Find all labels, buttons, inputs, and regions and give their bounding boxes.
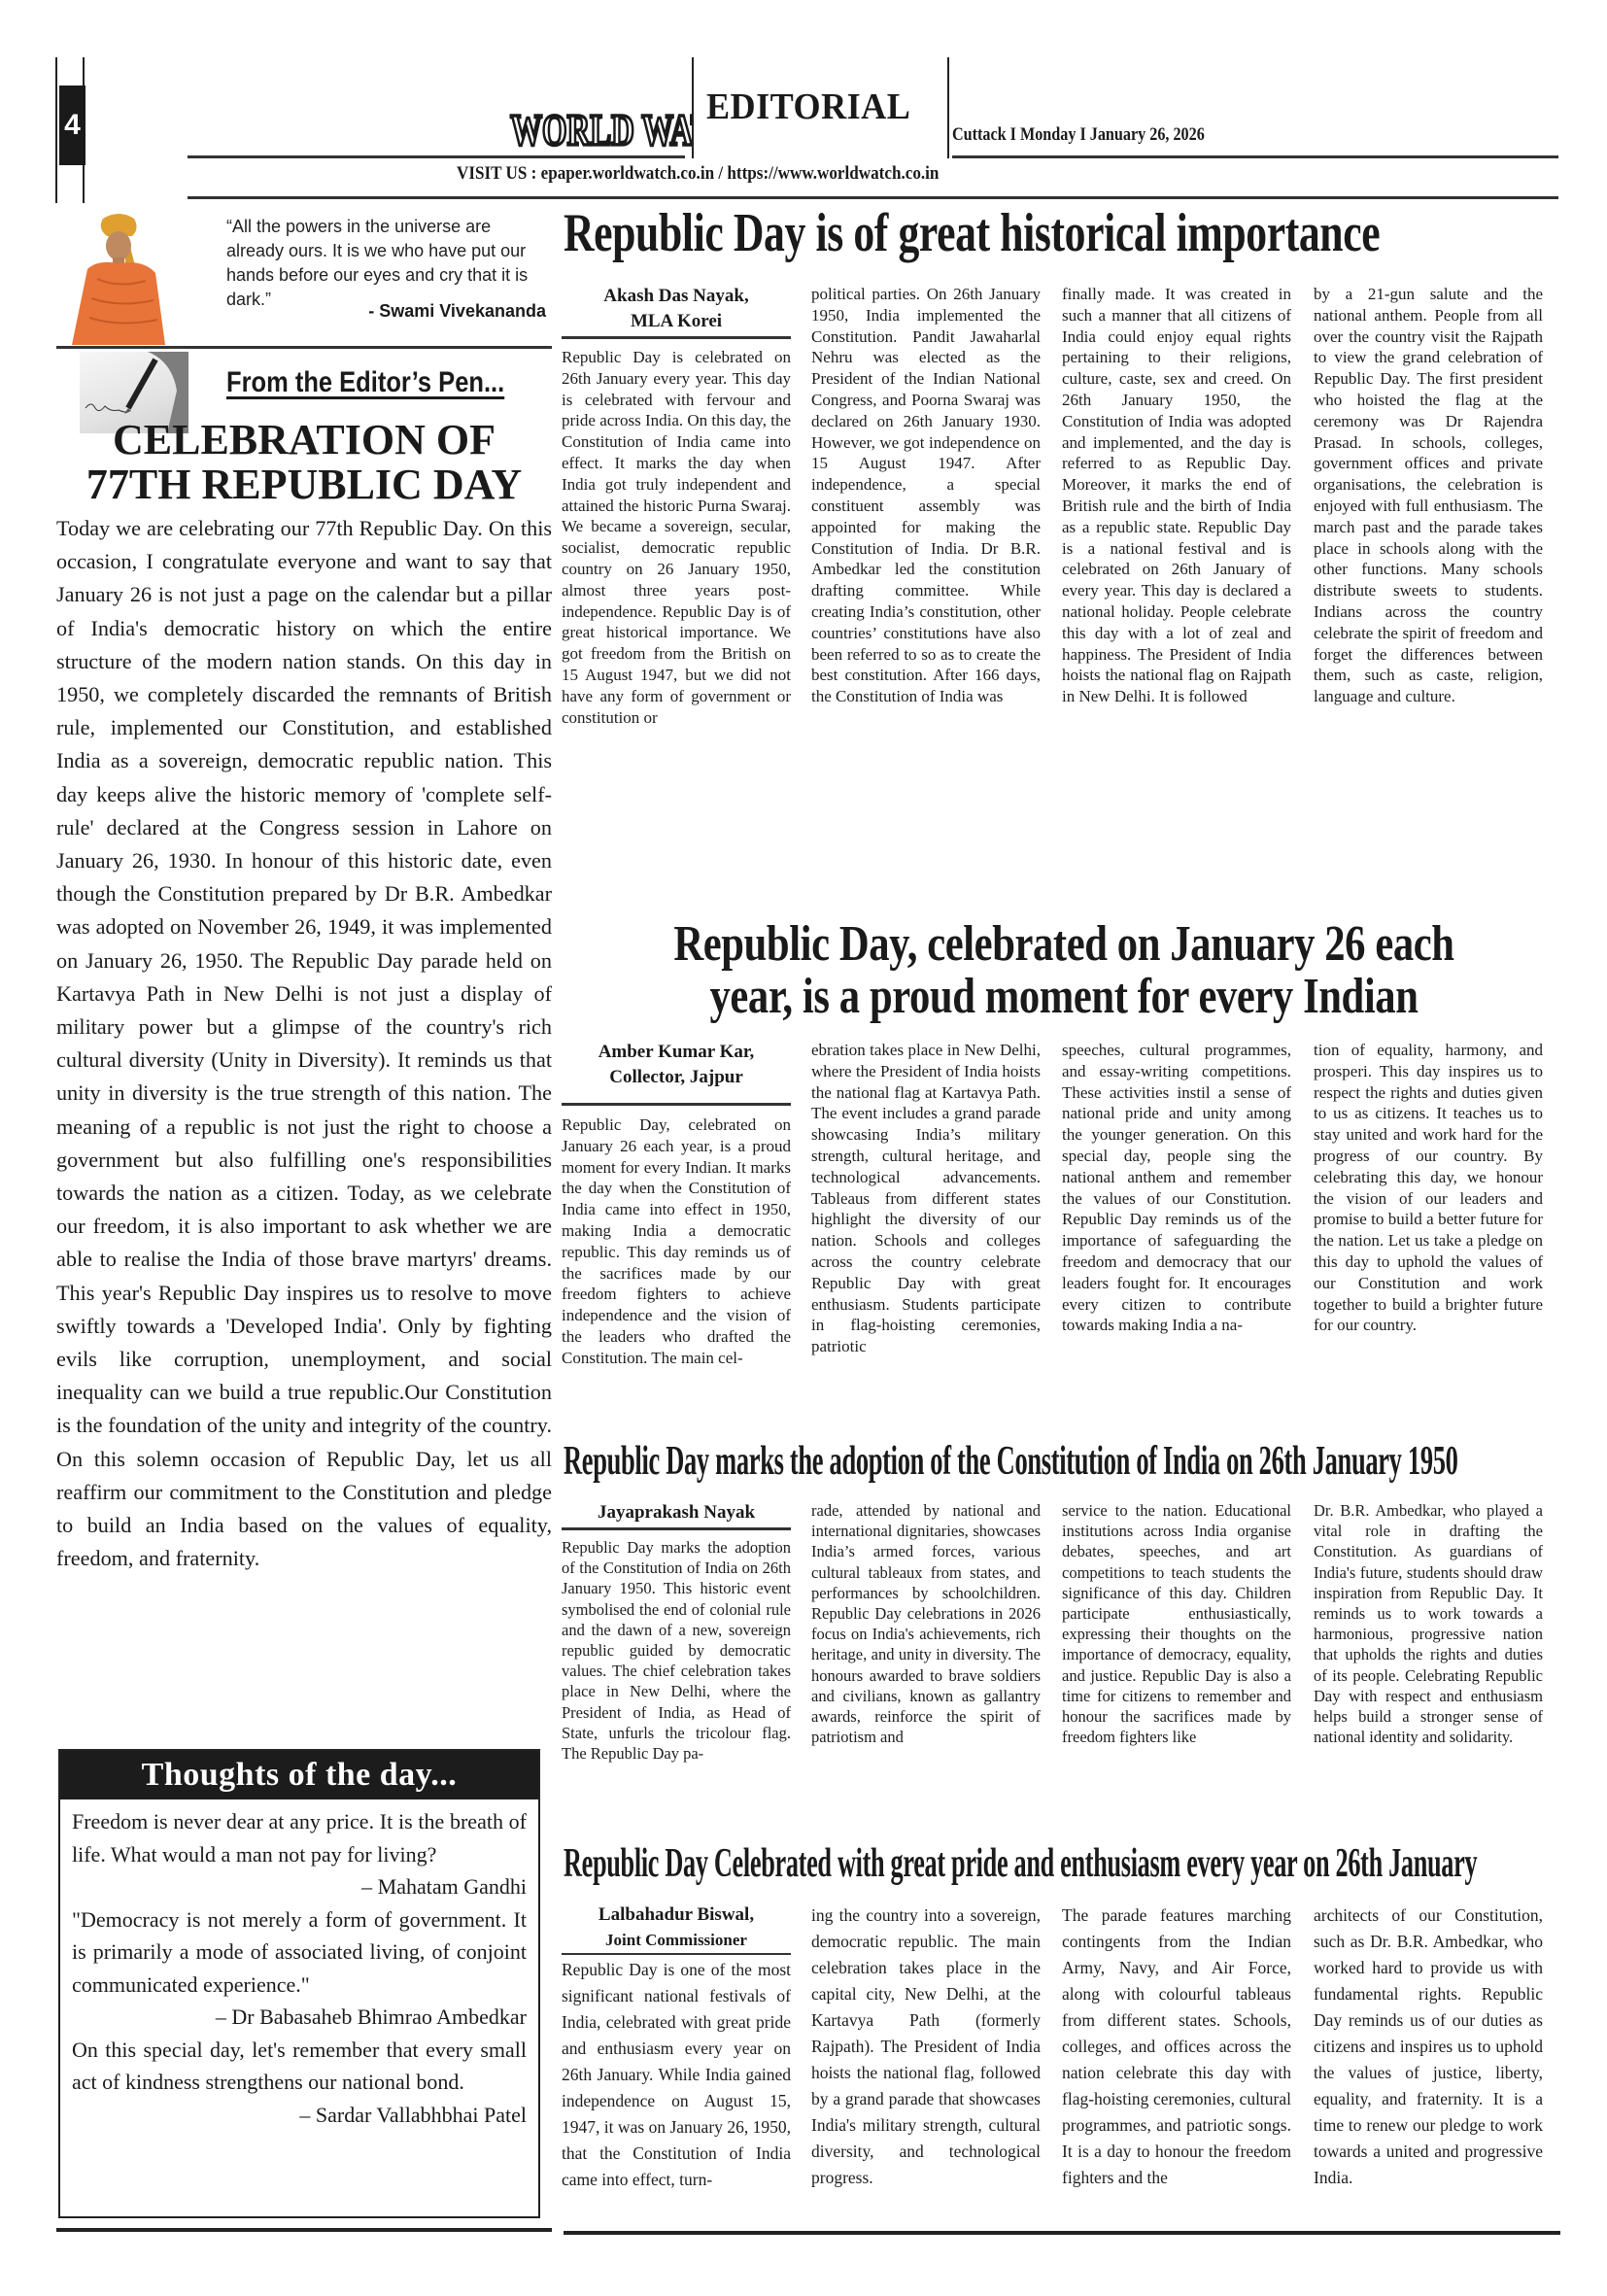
- world-watch-logo: WORLD WATCH: [507, 85, 692, 154]
- article-headline[interactable]: Republic Day marks the adoption of the C…: [564, 1438, 1458, 1485]
- masthead-rule-left: [188, 155, 685, 158]
- thought-quote: Freedom is never dear at any price. It i…: [72, 1805, 527, 1870]
- article-column: Republic Day marks the adoption of the C…: [562, 1537, 791, 1764]
- byline-name: Jayaprakash Nayak: [562, 1500, 791, 1525]
- article-column: speeches, cultural programmes, and essay…: [1062, 1040, 1291, 1336]
- article-headline[interactable]: Republic Day, celebrated on January 26 e…: [564, 918, 1564, 1023]
- article-column: Republic Day is celebrated on 26th Janua…: [562, 347, 791, 728]
- article-column: ing the country into a sovereign, democr…: [811, 1902, 1041, 2191]
- quote-of-day: “All the powers in the universe are alre…: [56, 199, 542, 337]
- article-byline: Jayaprakash Nayak: [562, 1500, 791, 1525]
- headline-text: Republic Day, celebrated on January 26 e…: [654, 918, 1475, 1023]
- logo-wordmark-icon: WORLD WATCH: [507, 85, 692, 154]
- article-column: Republic Day is one of the most signific…: [562, 1957, 791, 2193]
- visit-us-links[interactable]: VISIT US : epaper.worldwatch.co.in / htt…: [457, 163, 939, 185]
- thought-author: – Dr Babasaheb Bhimrao Ambedkar: [72, 2001, 527, 2034]
- article-headline[interactable]: Republic Day is of great historical impo…: [564, 202, 1380, 264]
- editor-pen-label: From the Editor’s Pen...: [226, 366, 504, 399]
- editorial-title-line-2: 77TH REPUBLIC DAY: [56, 463, 552, 507]
- article-column: by a 21-gun salute and the national anth…: [1314, 284, 1543, 707]
- logo-divider: [692, 57, 694, 158]
- article-column: Republic Day, celebrated on January 26 e…: [562, 1114, 791, 1369]
- section-title: EDITORIAL: [706, 86, 910, 128]
- article-column: ebration takes place in New Delhi, where…: [811, 1040, 1041, 1357]
- page-number: 4: [59, 86, 85, 165]
- editorial-title-line-1: CELEBRATION OF: [56, 418, 552, 463]
- article-column: tion of equality, harmony, and prosperi.…: [1314, 1040, 1543, 1336]
- article-byline: Akash Das Nayak, MLA Korei: [562, 284, 791, 334]
- article-column: architects of our Constitution, such as …: [1314, 1902, 1543, 2191]
- byline-rule: [562, 336, 791, 339]
- thoughts-of-the-day: Thoughts of the day... Freedom is never …: [58, 1749, 540, 2218]
- left-bottom-rule: [56, 2228, 552, 2232]
- article-headline[interactable]: Republic Day Celebrated with great pride…: [564, 1840, 1477, 1887]
- article-column: service to the nation. Educational insti…: [1062, 1500, 1291, 1747]
- byline-name: Lalbahadur Biswal,: [562, 1902, 791, 1928]
- article-byline: Lalbahadur Biswal, Joint Commissioner: [562, 1902, 791, 1953]
- byline-rule: [562, 1103, 791, 1106]
- quote-text: “All the powers in the universe are alre…: [226, 215, 547, 312]
- quote-author: - Swami Vivekananda: [368, 301, 546, 322]
- editorial-title: CELEBRATION OF 77TH REPUBLIC DAY: [56, 418, 552, 507]
- swami-vivekananda-portrait: [68, 211, 171, 345]
- article-column: The parade features marching contingents…: [1062, 1902, 1291, 2191]
- section-divider: [947, 57, 949, 158]
- right-bottom-rule: [564, 2231, 1560, 2235]
- byline-role: MLA Korei: [562, 309, 791, 334]
- quote-rule: [56, 346, 552, 349]
- thought-quote: "Democracy is not merely a form of gover…: [72, 1903, 527, 2002]
- logo-text: WORLD WATCH: [510, 105, 692, 154]
- byline-rule: [562, 1953, 791, 1955]
- left-column: “All the powers in the universe are alre…: [56, 199, 542, 337]
- thoughts-title: Thoughts of the day...: [60, 1751, 538, 1799]
- byline-role: Joint Commissioner: [562, 1928, 791, 1953]
- article-column: Dr. B.R. Ambedkar, who played a vital ro…: [1314, 1500, 1543, 1747]
- masthead-rule-right: [952, 155, 1558, 158]
- masthead-left-border: [55, 57, 57, 203]
- thoughts-list: Freedom is never dear at any price. It i…: [60, 1799, 538, 2131]
- dateline: Cuttack I Monday I January 26, 2026: [952, 124, 1205, 146]
- portrait-illustration-icon: [68, 211, 171, 345]
- article-column: rade, attended by national and internati…: [811, 1500, 1041, 1747]
- byline-rule: [562, 1527, 791, 1530]
- article-column: finally made. It was created in such a m…: [1062, 284, 1291, 707]
- byline-name: Akash Das Nayak,: [562, 284, 791, 309]
- editorial-body: Today we are celebrating our 77th Republ…: [56, 512, 552, 1576]
- byline-name: Amber Kumar Kar,: [562, 1040, 791, 1065]
- byline-role: Collector, Jajpur: [562, 1065, 791, 1090]
- article-column: political parties. On 26th January 1950,…: [811, 284, 1041, 707]
- thought-author: – Mahatam Gandhi: [72, 1870, 527, 1903]
- thought-quote: On this special day, let's remember that…: [72, 2034, 527, 2099]
- article-byline: Amber Kumar Kar, Collector, Jajpur: [562, 1040, 791, 1090]
- thought-author: – Sardar Vallabhbhai Patel: [72, 2099, 527, 2132]
